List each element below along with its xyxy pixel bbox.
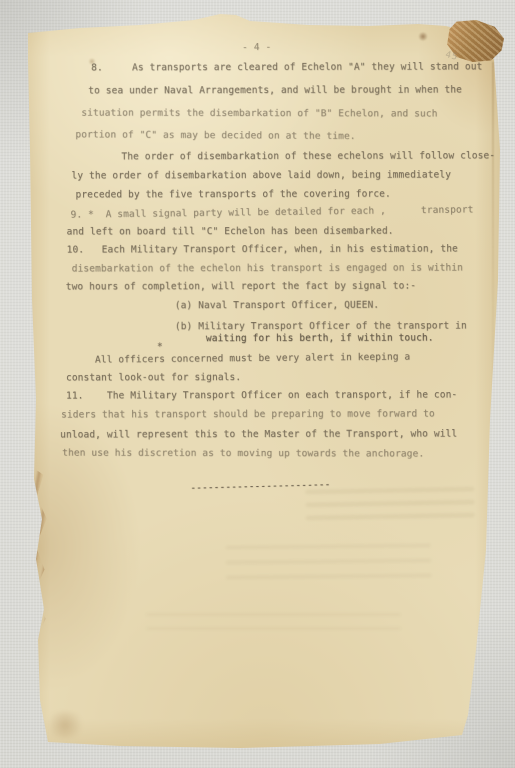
typed-line: (b) Military Transport Officer of the tr… (175, 320, 467, 332)
footnote-asterisk: * (157, 341, 163, 352)
typed-line: 9. * A small signal party will be detail… (70, 204, 473, 220)
typed-line: siders that his transport should be prep… (61, 409, 435, 421)
divider-dashes: ------------------------ (190, 479, 330, 494)
page-number: - 4 - (242, 42, 271, 54)
typed-line: disembarkation of the echelon his transp… (72, 262, 463, 274)
typed-line: ly the order of disembarkation above lai… (71, 169, 451, 181)
typed-line: portion of "C" as may be decided on at t… (75, 129, 355, 142)
typed-line: waiting for his berth, if within touch. (206, 333, 434, 345)
photographed-document: { "page": { "number": "- 4 -", "pencil_n… (0, 0, 515, 768)
typed-line: two hours of completion, will report the… (66, 281, 416, 293)
typed-line: The order of disembarkation of these ech… (121, 150, 495, 162)
typed-line: and left on board till "C" Echelon has b… (67, 226, 394, 238)
typed-line: then use his discretion as to moving up … (62, 448, 424, 460)
typed-line: 11. The Military Transport Officer on ea… (66, 389, 457, 401)
typed-line: situation permits the disembarkation of … (81, 108, 437, 120)
typed-line: constant look-out for signals. (66, 372, 241, 383)
typed-line: All officers concerned must be very aler… (95, 351, 410, 365)
typed-line: unload, will represent this to the Maste… (60, 428, 457, 440)
typed-line: preceded by the five transports of the c… (75, 189, 390, 201)
typed-text-layer: - 4 - 8. As transports are cleared of Ec… (0, 0, 515, 768)
typed-line: (a) Naval Transport Officer, QUEEN. (175, 300, 379, 312)
typed-line: 8. As transports are cleared of Echelon … (91, 61, 482, 73)
typed-line: to sea under Naval Arrangements, and wil… (88, 84, 462, 96)
typed-line: 10. Each Military Transport Officer, whe… (67, 243, 458, 255)
